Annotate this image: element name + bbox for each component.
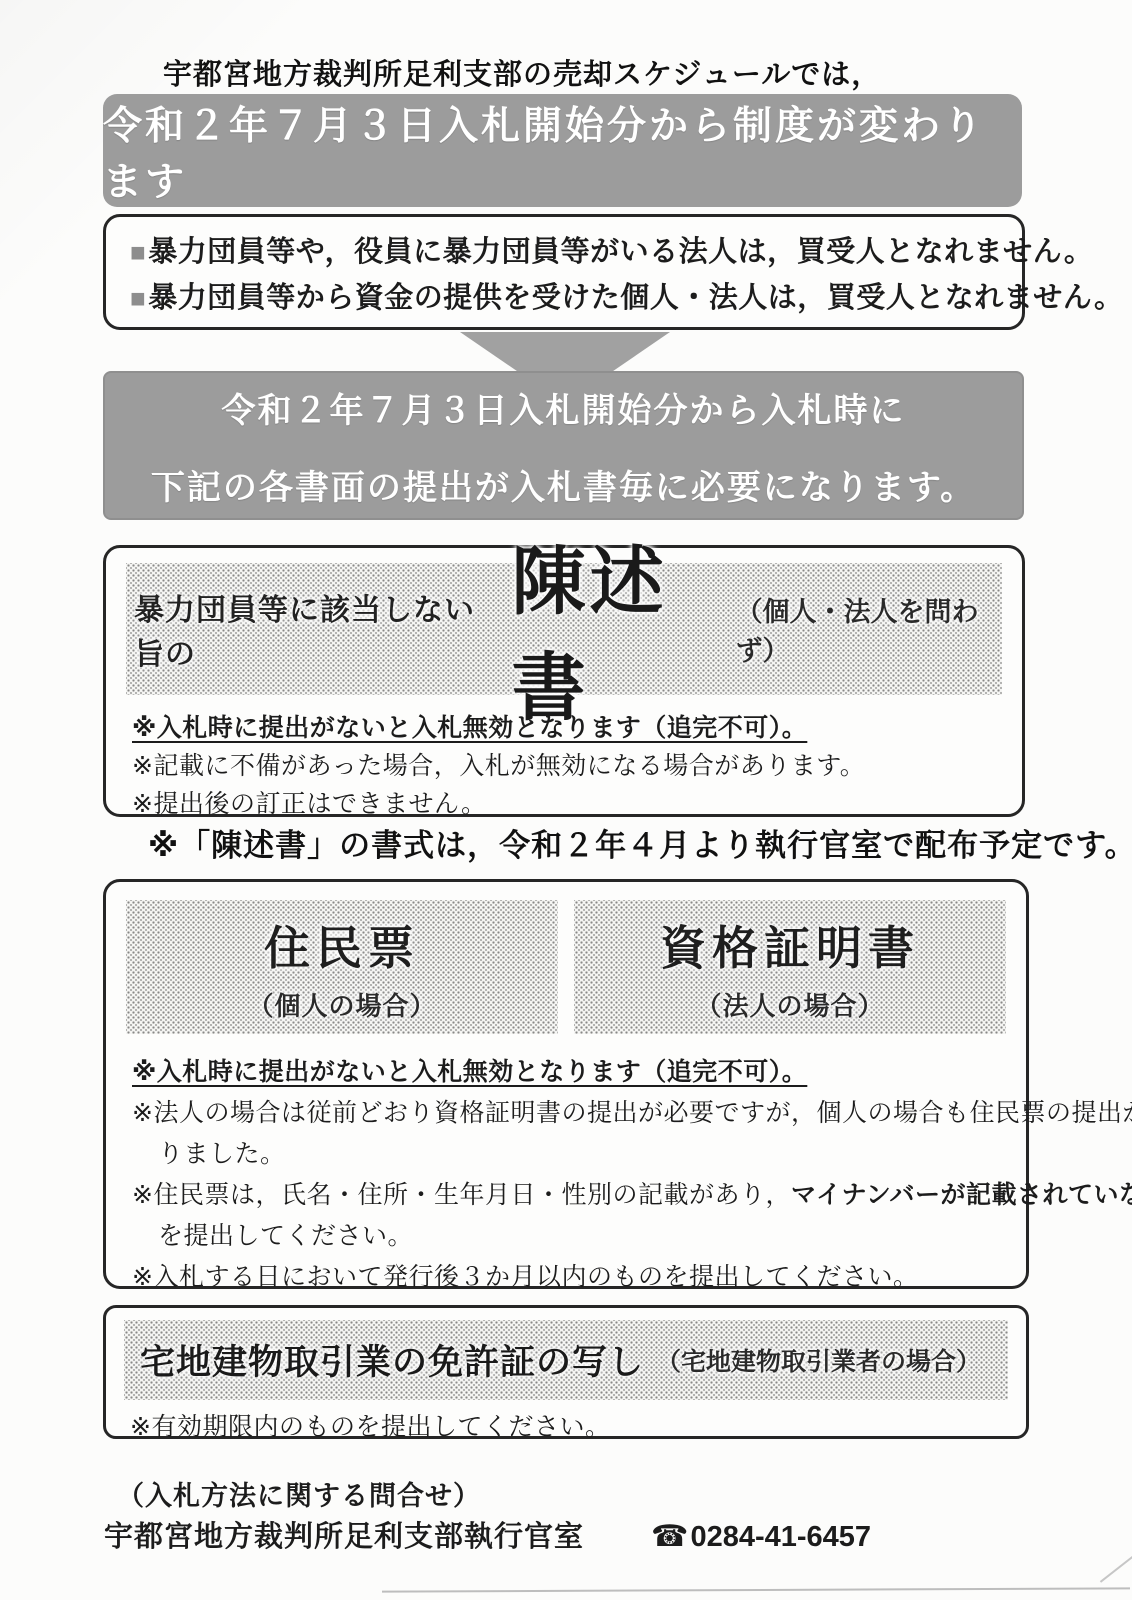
license-title-panel: 宅地建物取引業の免許証の写し （宅地建物取引業者の場合） xyxy=(124,1320,1008,1400)
banner-mid-line2: 下記の各書面の提出が入札書毎に必要になります。 xyxy=(151,460,976,509)
paper-edge-line xyxy=(382,1587,1130,1592)
license-box: 宅地建物取引業の免許証の写し （宅地建物取引業者の場合） ※有効期限内のものを提… xyxy=(103,1305,1029,1439)
qualification-cert-subtitle: （法人の場合） xyxy=(695,986,884,1023)
statement-notes: ※入札時に提出がないと入札無効となります（追完不可）。 ※記載に不備があった場合… xyxy=(132,709,1022,823)
banner-mid-line1: 令和２年７月３日入札開始分から入札時に xyxy=(222,383,906,432)
prohibition-item-text: 暴力団員等から資金の提供を受けた個人・法人は，買受人となれません。 xyxy=(148,282,1123,314)
contact-label: （入札方法に関する問合せ） xyxy=(117,1474,481,1513)
statement-box: 暴力団員等に該当しない旨の 陳述書 （個人・法人を問わず） ※入札時に提出がない… xyxy=(103,545,1025,817)
prohibition-item: ■暴力団員等や，役員に暴力団員等がいる法人は，買受人となれません。 xyxy=(130,229,1022,275)
intro-line: 宇都宮地方裁判所足利支部の売却スケジュールでは， xyxy=(163,52,881,93)
statement-label-prefix: 暴力団員等に該当しない旨の xyxy=(134,585,496,673)
id-panels-row: 住民票 （個人の場合） 資格証明書 （法人の場合） xyxy=(126,900,1006,1034)
statement-note: ※入札時に提出がないと入札無効となります（追完不可）。 xyxy=(132,709,1022,747)
id-note-regular-segment: ※住民票は，氏名・住所・生年月日・性別の記載があり， xyxy=(132,1181,791,1209)
statement-title-panel: 暴力団員等に該当しない旨の 陳述書 （個人・法人を問わず） xyxy=(126,563,1002,695)
paper-edge-corner xyxy=(1100,1555,1132,1582)
id-note: ※法人の場合は従前どおり資格証明書の提出が必要ですが，個人の場合も住民票の提出が… xyxy=(132,1093,1026,1134)
id-note-continuation: りました。 xyxy=(132,1134,1026,1175)
id-note-bold-segment: マイナンバーが記載されていないもの xyxy=(791,1181,1132,1209)
square-bullet-icon: ■ xyxy=(130,237,146,267)
banner-top: 令和２年７月３日入札開始分から制度が変わります xyxy=(103,94,1022,207)
statement-title: 陳述書 xyxy=(512,523,722,735)
id-documents-notes: ※入札時に提出がないと入札無効となります（追完不可）。 ※法人の場合は従前どおり… xyxy=(132,1052,1026,1298)
id-note: ※入札時に提出がないと入札無効となります（追完不可）。 xyxy=(132,1052,1026,1093)
prohibition-item: ■暴力団員等から資金の提供を受けた個人・法人は，買受人となれません。 xyxy=(130,275,1022,321)
statement-label-suffix: （個人・法人を問わず） xyxy=(736,590,1002,668)
statement-note: ※提出後の訂正はできません。 xyxy=(132,785,1022,823)
office-contact-line: 宇都宮地方裁判所足利支部執行官室 ☎0284-41-6457 xyxy=(104,1514,871,1555)
license-subtitle: （宅地建物取引業者の場合） xyxy=(656,1342,981,1378)
id-note: ※入札する日において発行後３か月以内のものを提出してください。 xyxy=(132,1257,1026,1298)
scanned-court-notice-page: 宇都宮地方裁判所足利支部の売却スケジュールでは， 令和２年７月３日入札開始分から… xyxy=(0,0,1132,1600)
id-note-continuation: を提出してください。 xyxy=(132,1216,1026,1257)
statement-note: ※記載に不備があった場合，入札が無効になる場合があります。 xyxy=(132,747,1022,785)
license-note: ※有効期限内のものを提出してください。 xyxy=(130,1408,1026,1446)
square-bullet-icon: ■ xyxy=(130,283,146,313)
id-documents-box: 住民票 （個人の場合） 資格証明書 （法人の場合） ※入札時に提出がないと入札無… xyxy=(103,879,1029,1289)
phone-number-group: ☎0284-41-6457 xyxy=(651,1521,871,1553)
phone-icon: ☎ xyxy=(651,1520,688,1553)
phone-number: 0284-41-6457 xyxy=(690,1521,871,1553)
form-distribution-notice: ※「陳述書」の書式は，令和２年４月より執行官室で配布予定です。 xyxy=(148,820,1132,865)
qualification-cert-title: 資格証明書 xyxy=(660,912,920,978)
resident-card-subtitle: （個人の場合） xyxy=(247,986,436,1023)
resident-card-title: 住民票 xyxy=(264,912,420,978)
resident-card-panel: 住民票 （個人の場合） xyxy=(126,900,558,1034)
banner-top-text: 令和２年７月３日入札開始分から制度が変わります xyxy=(103,95,1022,207)
prohibition-item-text: 暴力団員等や，役員に暴力団員等がいる法人は，買受人となれません。 xyxy=(148,236,1093,268)
banner-mid: 令和２年７月３日入札開始分から入札時に 下記の各書面の提出が入札書毎に必要になり… xyxy=(103,371,1024,520)
prohibition-box: ■暴力団員等や，役員に暴力団員等がいる法人は，買受人となれません。 ■暴力団員等… xyxy=(103,214,1025,330)
id-note: ※住民票は，氏名・住所・生年月日・性別の記載があり，マイナンバーが記載されていな… xyxy=(132,1175,1026,1216)
license-title: 宅地建物取引業の免許証の写し xyxy=(140,1335,644,1385)
office-name: 宇都宮地方裁判所足利支部執行官室 xyxy=(104,1521,584,1553)
qualification-cert-panel: 資格証明書 （法人の場合） xyxy=(574,900,1006,1034)
